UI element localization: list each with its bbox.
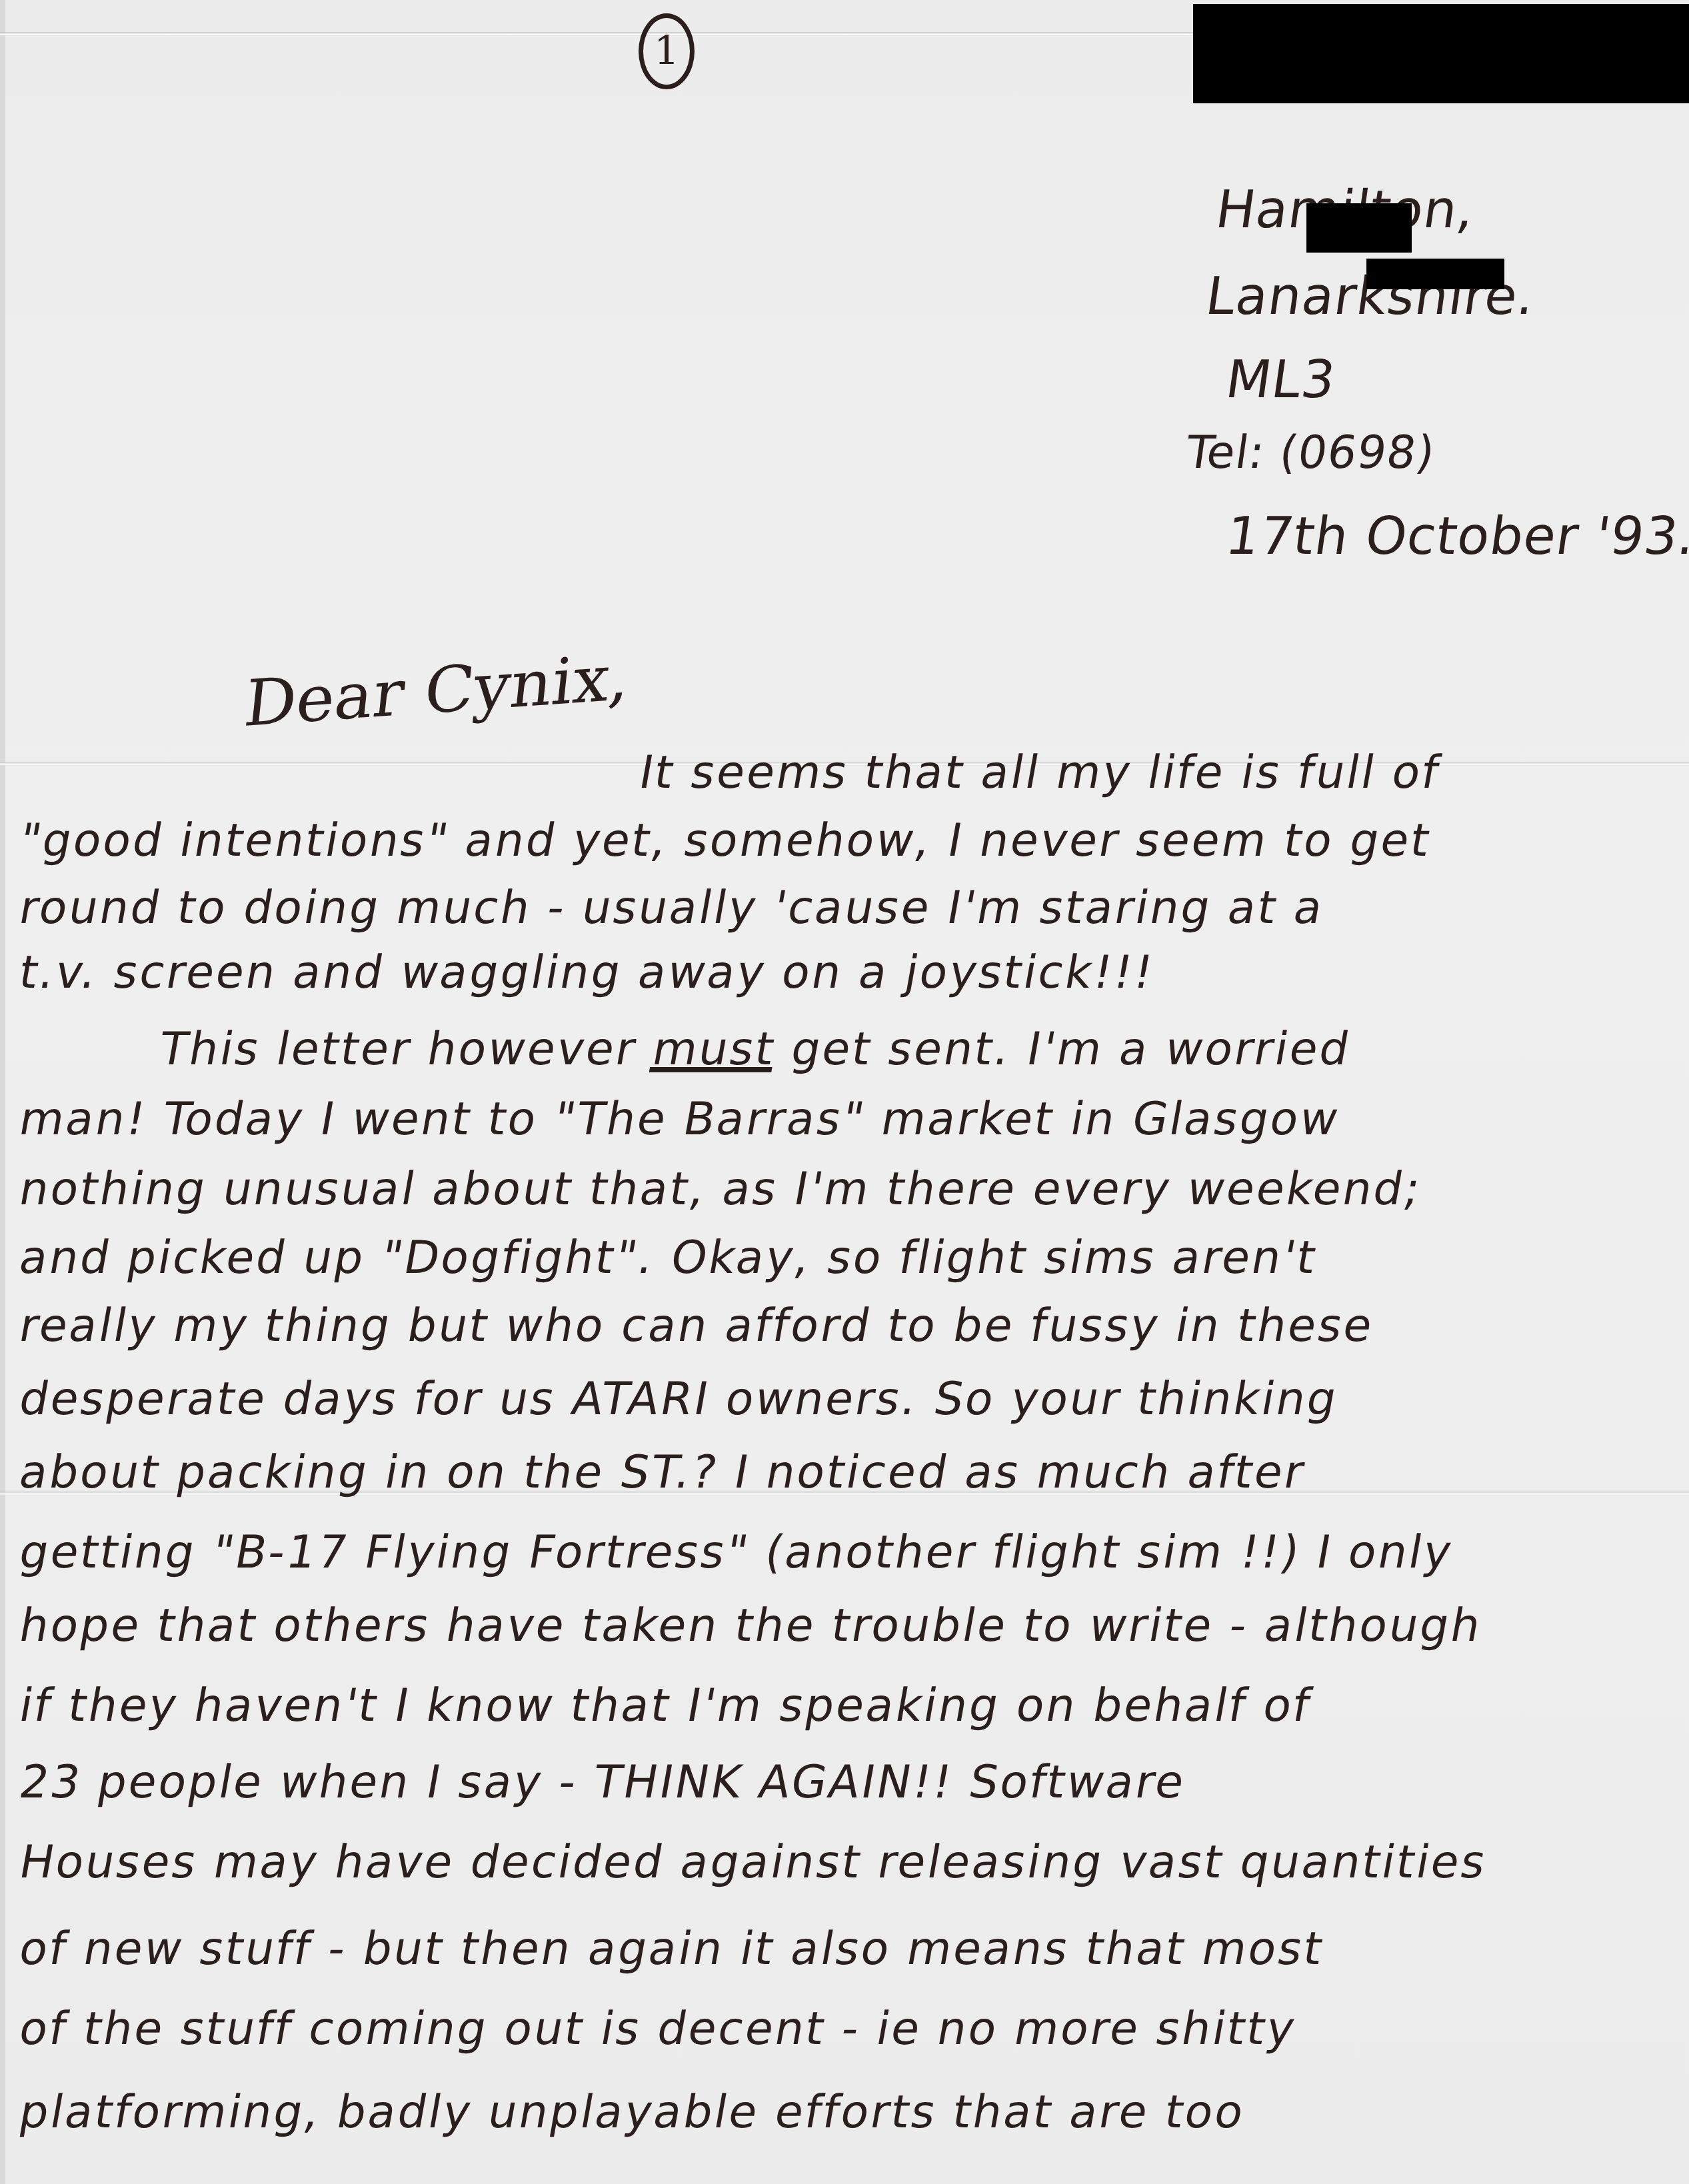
redacted-postcode [1306, 203, 1412, 253]
letter-line: "good intentions" and yet, somehow, I ne… [15, 814, 1678, 867]
letter-page: 1 Hamilton, Lanarkshire. ML3 Tel: (0698)… [0, 0, 1689, 2184]
letter-line: really my thing but who can afford to be… [15, 1300, 1678, 1352]
letter-line: getting "B-17 Flying Fortress" (another … [15, 1526, 1678, 1579]
address-tel: Tel: (0698) [1182, 427, 1438, 479]
letter-line: platforming, badly unplayable efforts th… [15, 2086, 1678, 2139]
letter-line-emphasis: This letter however must get sent. I'm a… [155, 1023, 1689, 1076]
letter-line: 23 people when I say - THINK AGAIN!! Sof… [15, 1756, 1678, 1809]
letter-line: and picked up "Dogfight". Okay, so fligh… [15, 1232, 1678, 1284]
line-text: This letter however [155, 1023, 658, 1076]
letter-line: man! Today I went to "The Barras" market… [15, 1093, 1678, 1146]
letter-line: Houses may have decided against releasin… [15, 1836, 1678, 1889]
letter-line: desperate days for us ATARI owners. So y… [15, 1373, 1678, 1426]
salutation: Dear Cynix, [241, 640, 634, 741]
letter-line: It seems that all my life is full of [635, 746, 1689, 799]
address-postcode-prefix: ML3 [1222, 350, 1340, 410]
letter-line: of new stuff - but then again it also me… [15, 1923, 1678, 1975]
letter-line: about packing in on the ST.? I noticed a… [15, 1446, 1678, 1499]
page-edge-shadow [0, 0, 5, 2184]
letter-line: if they haven't I know that I'm speaking… [15, 1679, 1678, 1732]
page-number: 1 [654, 28, 679, 75]
redacted-address-lines [1193, 4, 1689, 103]
line-text: get sent. I'm a worried [771, 1023, 1355, 1076]
redacted-telephone [1366, 259, 1504, 289]
emphasized-word-must: must [649, 1023, 780, 1076]
letter-line: round to doing much - usually 'cause I'm… [15, 882, 1678, 934]
letter-line: nothing unusual about that, as I'm there… [15, 1163, 1678, 1216]
letter-line: of the stuff coming out is decent - ie n… [15, 2003, 1678, 2055]
letter-line: hope that others have taken the trouble … [15, 1600, 1678, 1652]
letter-line: t.v. screen and waggling away on a joyst… [15, 946, 1678, 999]
page-number-circle: 1 [639, 13, 695, 89]
letter-date: 17th October '93. [1222, 507, 1689, 566]
